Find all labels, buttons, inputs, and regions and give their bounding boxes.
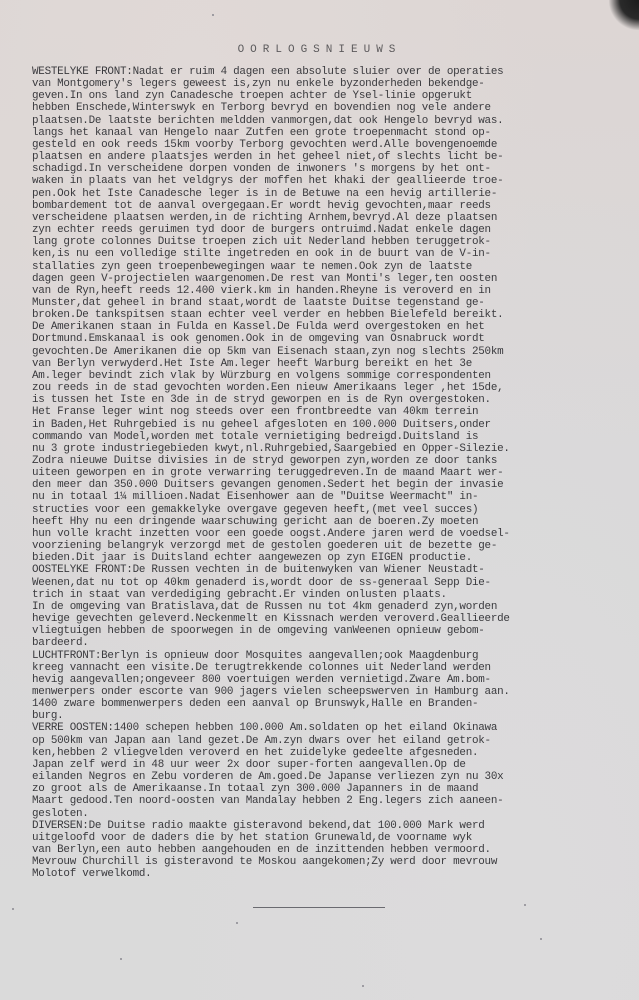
text-line: lang grote colonnes Duitse troepen zich … — [32, 236, 622, 248]
text-line: pen.Ook het Iste Canadesche leger is in … — [32, 188, 622, 200]
text-line: burg. — [32, 710, 622, 722]
text-line: van de Ryn,heeft reeds 12.400 vierk.km i… — [32, 285, 622, 297]
text-line: broken.De tankspitsen staan echter veel … — [32, 309, 622, 321]
paper-speck — [12, 908, 14, 910]
text-line: Zodra nieuwe Duitse divisies in de stryd… — [32, 455, 622, 467]
text-line: OOSTELYKE FRONT:De Russen vechten in de … — [32, 564, 622, 576]
text-line: In de omgeving van Bratislava,dat de Rus… — [32, 601, 622, 613]
text-line: DIVERSEN:De Duitse radio maakte gisterav… — [32, 820, 622, 832]
text-line: VERRE OOSTEN:1400 schepen hebben 100.000… — [32, 722, 622, 734]
text-line: hevig aangevallen;ongeveer 800 voertuige… — [32, 674, 622, 686]
paper-speck — [540, 938, 542, 940]
text-line: zou reeds in de stad gevochten worden.Ee… — [32, 382, 622, 394]
text-line: Molotof verwelkomd. — [32, 868, 622, 880]
text-line: De Amerikanen staan in Fulda en Kassel.D… — [32, 321, 622, 333]
paper-speck — [120, 958, 122, 960]
text-line: heeft Hhy nu een dringende waarschuwing … — [32, 516, 622, 528]
text-line: structies voor een gemakkelyke overgave … — [32, 504, 622, 516]
paper-speck — [362, 985, 364, 987]
scan-dark-corner — [609, 0, 639, 30]
text-line: van Montgomery's legers geweest is,zyn n… — [32, 78, 622, 90]
text-line: van Berlyn,een auto hebben aangehouden e… — [32, 844, 622, 856]
paper-speck — [212, 14, 214, 16]
text-line: plaatsen.De laatste berichten meldden va… — [32, 115, 622, 127]
text-line: den meer dan 350.000 Duitsers gevangen g… — [32, 479, 622, 491]
text-line: van Berlyn verwyderd.Het Iste Am.leger h… — [32, 358, 622, 370]
text-line: Het Franse leger wint nog steeds over ee… — [32, 406, 622, 418]
text-line: Munster,dat geheel in brand staat,wordt … — [32, 297, 622, 309]
text-line: bardeerd. — [32, 637, 622, 649]
text-line: plaatsen en andere plaatsjes werden in h… — [32, 151, 622, 163]
text-line: kreeg vannacht een visite.De terugtrekke… — [32, 662, 622, 674]
text-line: commando van Model,worden met totale ver… — [32, 431, 622, 443]
text-line: hevige gevechten geleverd.Neckenmelt en … — [32, 613, 622, 625]
end-divider-line — [253, 907, 385, 908]
text-line: uitgeloofd voor de daders die by het sta… — [32, 832, 622, 844]
text-line: WESTELYKE FRONT:Nadat er ruim 4 dagen ee… — [32, 66, 622, 78]
text-line: Am.leger bevindt zich vlak by Würzburg e… — [32, 370, 622, 382]
text-line: in Baden,Het Ruhrgebied is nu geheel afg… — [32, 419, 622, 431]
text-line: verscheidene plaatsen werden,in de richt… — [32, 212, 622, 224]
text-line: gesteld en ook reeds 15km voorby Terborg… — [32, 139, 622, 151]
paper-speck — [524, 904, 526, 906]
text-line: LUCHTFRONT:Berlyn is opnieuw door Mosqui… — [32, 650, 622, 662]
text-line: langs het kanaal van Hengelo naar Zutfen… — [32, 127, 622, 139]
text-line: bombardement tot de aanval overgegaan.Er… — [32, 200, 622, 212]
document-title: OORLOGSNIEUWS — [0, 44, 639, 56]
document-body: WESTELYKE FRONT:Nadat er ruim 4 dagen ee… — [32, 66, 622, 880]
text-line: Japan zelf werd in 48 uur weer 2x door s… — [32, 759, 622, 771]
text-line: uiteen geworpen en in grote verwarring t… — [32, 467, 622, 479]
text-line: menwerpers onder escorte van 900 jagers … — [32, 686, 622, 698]
text-line: zyn echter reeds geruimen tyd door de bu… — [32, 224, 622, 236]
text-line: Weenen,dat nu tot op 40km genaderd is,wo… — [32, 577, 622, 589]
text-line: vliegtuigen hebben de spoorwegen in de o… — [32, 625, 622, 637]
text-line: is tussen het Iste en 3de in de stryd ge… — [32, 394, 622, 406]
text-line: nu 3 grote industriegebieden kwyt,nl.Ruh… — [32, 443, 622, 455]
text-line: nu in totaal 1¼ millioen.Nadat Eisenhowe… — [32, 491, 622, 503]
text-line: 1400 zware bommenwerpers deden een aanva… — [32, 698, 622, 710]
text-line: hebben Enschede,Winterswyk en Terborg be… — [32, 102, 622, 114]
text-line: waken in plaats van het veldgrys der mof… — [32, 175, 622, 187]
text-line: op 500km van Japan aan land gezet.De Am.… — [32, 735, 622, 747]
text-line: ken,hebben 2 vliegvelden veroverd en het… — [32, 747, 622, 759]
text-line: Maart gedood.Ten noord-oosten van Mandal… — [32, 795, 622, 807]
paper-speck — [236, 922, 238, 924]
text-line: gevochten.De Amerikanen die op 5km van E… — [32, 346, 622, 358]
typewritten-page: OORLOGSNIEUWS WESTELYKE FRONT:Nadat er r… — [0, 0, 639, 1000]
text-line: trich in staat van verdediging gebracht.… — [32, 589, 622, 601]
text-line: Mevrouw Churchill is gisteravond te Mosk… — [32, 856, 622, 868]
text-line: schadigd.In verscheidene dorpen vonden d… — [32, 163, 622, 175]
text-line: dagen geen V-projectielen waargenomen.De… — [32, 273, 622, 285]
text-line: ken,is nu een volledige stilte ingetrede… — [32, 248, 622, 260]
text-line: eilanden Negros en Zebu vorderen de Am.g… — [32, 771, 622, 783]
text-line: gesloten. — [32, 808, 622, 820]
text-line: stallaties zyn geen troepenbewegingen wa… — [32, 261, 622, 273]
text-line: voorziening belangryk verzorgd met de ge… — [32, 540, 622, 552]
text-line: hun volle kracht inzetten voor een goede… — [32, 528, 622, 540]
text-line: bieden.Dit jaar is Duitsland echter aang… — [32, 552, 622, 564]
text-line: geven.In ons land zyn Canadesche troepen… — [32, 90, 622, 102]
text-line: zo groot als de Amerikaanse.In totaal zy… — [32, 783, 622, 795]
text-line: Dortmund.Emskanaal is ook genomen.Ook in… — [32, 333, 622, 345]
